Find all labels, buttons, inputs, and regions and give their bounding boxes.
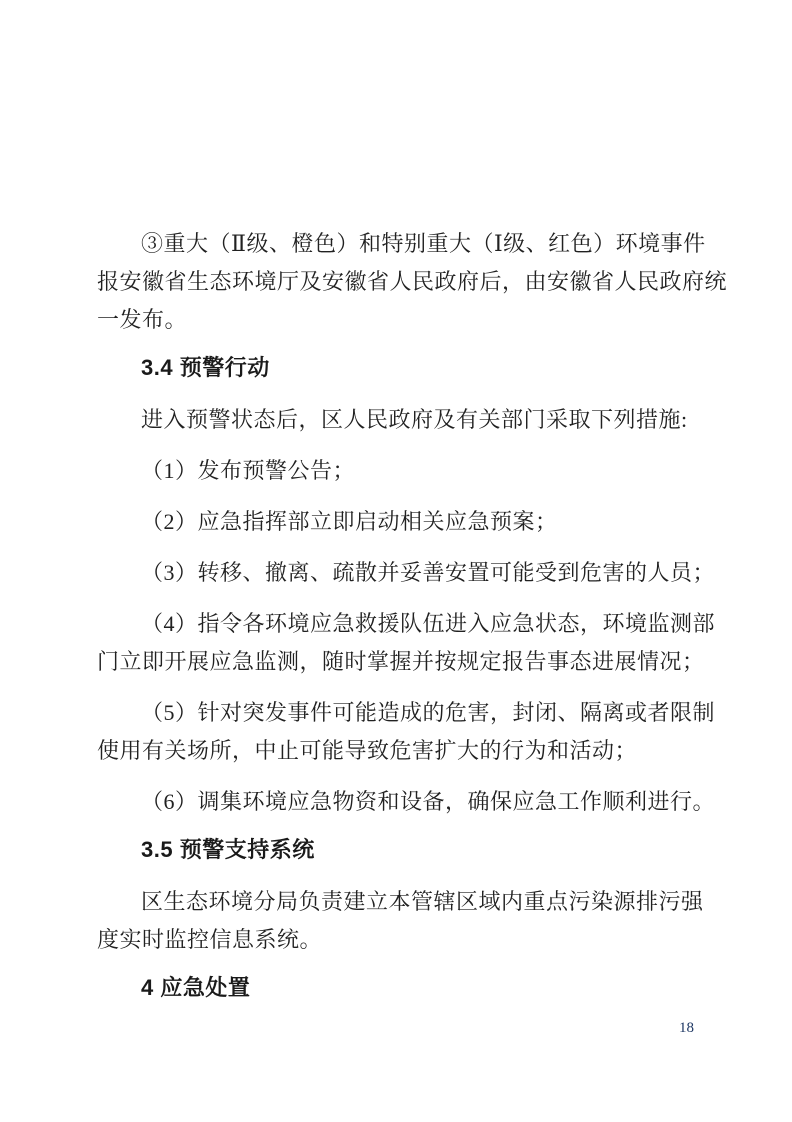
para-measure-4: （4）指令各环境应急救援队伍进入应急状态，环境监测部 门立即开展应急监测，随时掌… (97, 605, 697, 681)
para-measure-3: （3）转移、撤离、疏散并妥善安置可能受到危害的人员； (97, 554, 697, 592)
page-content: ③重大（Ⅱ级、橙色）和特别重大（Ⅰ级、红色）环境事件 报安徽省生态环境厅及安徽省… (97, 225, 697, 1021)
para-monitoring-system: 区生态环境分局负责建立本管辖区域内重点污染源排污强 度实时监控信息系统。 (97, 883, 697, 959)
heading-3-5-warning-support-system: 3.5 预警支持系统 (97, 831, 697, 869)
para-measure-6: （6）调集环境应急物资和设备，确保应急工作顺利进行。 (97, 783, 697, 821)
para-measure-2: （2）应急指挥部立即启动相关应急预案； (97, 503, 697, 541)
para-level-3-publish: ③重大（Ⅱ级、橙色）和特别重大（Ⅰ级、红色）环境事件 报安徽省生态环境厅及安徽省… (97, 225, 697, 339)
heading-4-emergency-response: 4 应急处置 (97, 969, 697, 1007)
para-measure-5: （5）针对突发事件可能造成的危害，封闭、隔离或者限制 使用有关场所，中止可能导致… (97, 694, 697, 770)
heading-3-4-warning-action: 3.4 预警行动 (97, 349, 697, 387)
para-measure-1: （1）发布预警公告； (97, 452, 697, 490)
para-warning-intro: 进入预警状态后，区人民政府及有关部门采取下列措施: (97, 401, 697, 439)
page-number: 18 (679, 1021, 694, 1036)
document-page: ③重大（Ⅱ级、橙色）和特别重大（Ⅰ级、红色）环境事件 报安徽省生态环境厅及安徽省… (0, 0, 792, 1122)
